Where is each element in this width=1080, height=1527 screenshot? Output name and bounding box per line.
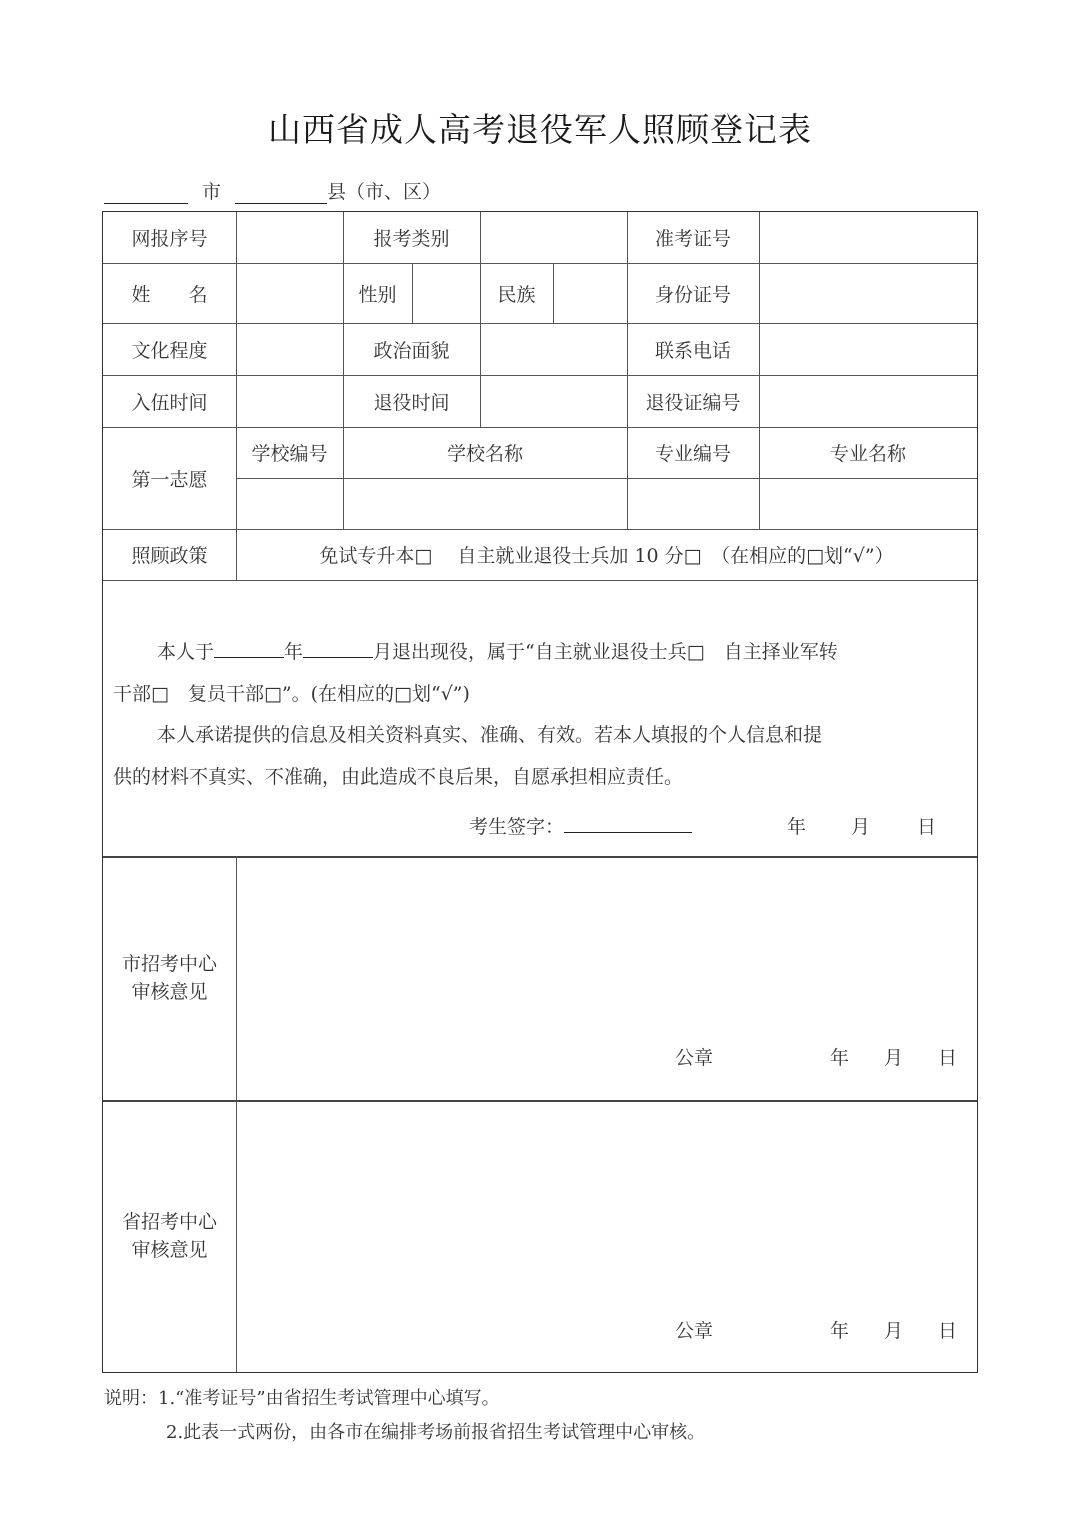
header-school-code: 学校编号 — [236, 427, 343, 478]
political-status-field[interactable] — [480, 323, 627, 375]
city-suffix: 市 — [202, 177, 221, 204]
note-1: 说明：1.“准考证号”由省招生考试管理中心填写。 — [104, 1382, 705, 1416]
registration-form: 网报序号 报考类别 准考证号 姓 名 性别 民族 身份证号 文化程度 政治面貌 … — [102, 211, 978, 1373]
header-major-code: 专业编号 — [627, 427, 759, 478]
label-first-choice: 第一志愿 — [103, 427, 236, 529]
header-school-name: 学校名称 — [343, 427, 627, 478]
sign-year: 年 — [787, 807, 806, 847]
region-line: 市 县（市、区） — [104, 174, 441, 204]
label-admission-number: 准考证号 — [627, 212, 759, 263]
major-name-field[interactable] — [759, 478, 977, 529]
province-seal: 公章 — [675, 1311, 713, 1351]
name-field[interactable] — [236, 263, 343, 323]
declaration-line-4: 供的材料不真实、不准确，由此造成不良后果，自愿承担相应责任。 — [113, 757, 683, 797]
sign-day: 日 — [917, 807, 936, 847]
label-policy: 照顾政策 — [103, 529, 236, 580]
declaration-line-3: 本人承诺提供的信息及相关资料真实、准确、有效。若本人填报的个人信息和提 — [157, 715, 822, 755]
sign-month: 月 — [851, 807, 870, 847]
discharge-date-field[interactable] — [480, 375, 627, 427]
city-month: 月 — [884, 1038, 903, 1078]
label-education: 文化程度 — [103, 323, 236, 375]
label-province-review: 省招考中心 审核意见 — [103, 1100, 236, 1372]
declaration-line-1: 本人于年月退出现役，属于“自主就业退役士兵□ 自主择业军转 — [157, 632, 838, 672]
signature-blank[interactable] — [564, 810, 692, 833]
month-blank[interactable] — [303, 635, 373, 658]
discharge-cert-field[interactable] — [759, 375, 977, 427]
header-major-name: 专业名称 — [759, 427, 977, 478]
online-serial-field[interactable] — [236, 212, 343, 263]
city-year: 年 — [830, 1038, 849, 1078]
city-blank[interactable] — [104, 181, 188, 204]
declaration-line-2: 干部□ 复员干部□”。(在相应的□划“√”) — [113, 674, 470, 714]
label-discharge-date: 退役时间 — [343, 375, 480, 427]
province-year: 年 — [830, 1311, 849, 1351]
school-name-field[interactable] — [343, 478, 627, 529]
gender-field[interactable] — [412, 263, 480, 323]
note-2: 2.此表一式两份，由各市在编排考场前报省招生考试管理中心审核。 — [104, 1416, 705, 1450]
city-day: 日 — [938, 1038, 957, 1078]
page-title: 山西省成人高考退役军人照顾登记表 — [0, 104, 1080, 151]
education-field[interactable] — [236, 323, 343, 375]
phone-field[interactable] — [759, 323, 977, 375]
label-city-review: 市招考中心 审核意见 — [103, 856, 236, 1100]
label-id-number: 身份证号 — [627, 263, 759, 323]
label-name: 姓 名 — [103, 263, 236, 323]
province-month: 月 — [884, 1311, 903, 1351]
label-ethnicity: 民族 — [480, 263, 553, 323]
admission-number-field[interactable] — [759, 212, 977, 263]
school-code-field[interactable] — [236, 478, 343, 529]
label-gender: 性别 — [343, 263, 412, 323]
county-blank[interactable] — [235, 181, 327, 204]
label-political-status: 政治面貌 — [343, 323, 480, 375]
city-review-field[interactable] — [237, 857, 977, 1100]
notes: 说明：1.“准考证号”由省招生考试管理中心填写。 2.此表一式两份，由各市在编排… — [104, 1382, 705, 1450]
label-online-serial: 网报序号 — [103, 212, 236, 263]
enlistment-date-field[interactable] — [236, 375, 343, 427]
county-suffix: 县（市、区） — [327, 177, 441, 204]
policy-options[interactable]: 免试专升本□ 自主就业退役士兵加 10 分□ （在相应的□划“√”） — [236, 529, 977, 580]
year-blank[interactable] — [214, 635, 284, 658]
label-enlistment-date: 入伍时间 — [103, 375, 236, 427]
label-discharge-cert: 退役证编号 — [627, 375, 759, 427]
id-number-field[interactable] — [759, 263, 977, 323]
label-exam-category: 报考类别 — [343, 212, 480, 263]
city-seal: 公章 — [675, 1038, 713, 1078]
exam-category-field[interactable] — [480, 212, 627, 263]
label-phone: 联系电话 — [627, 323, 759, 375]
province-review-field[interactable] — [237, 1102, 977, 1372]
signature-row: 考生签字： — [469, 807, 692, 847]
major-code-field[interactable] — [627, 478, 759, 529]
province-day: 日 — [938, 1311, 957, 1351]
ethnicity-field[interactable] — [553, 263, 627, 323]
